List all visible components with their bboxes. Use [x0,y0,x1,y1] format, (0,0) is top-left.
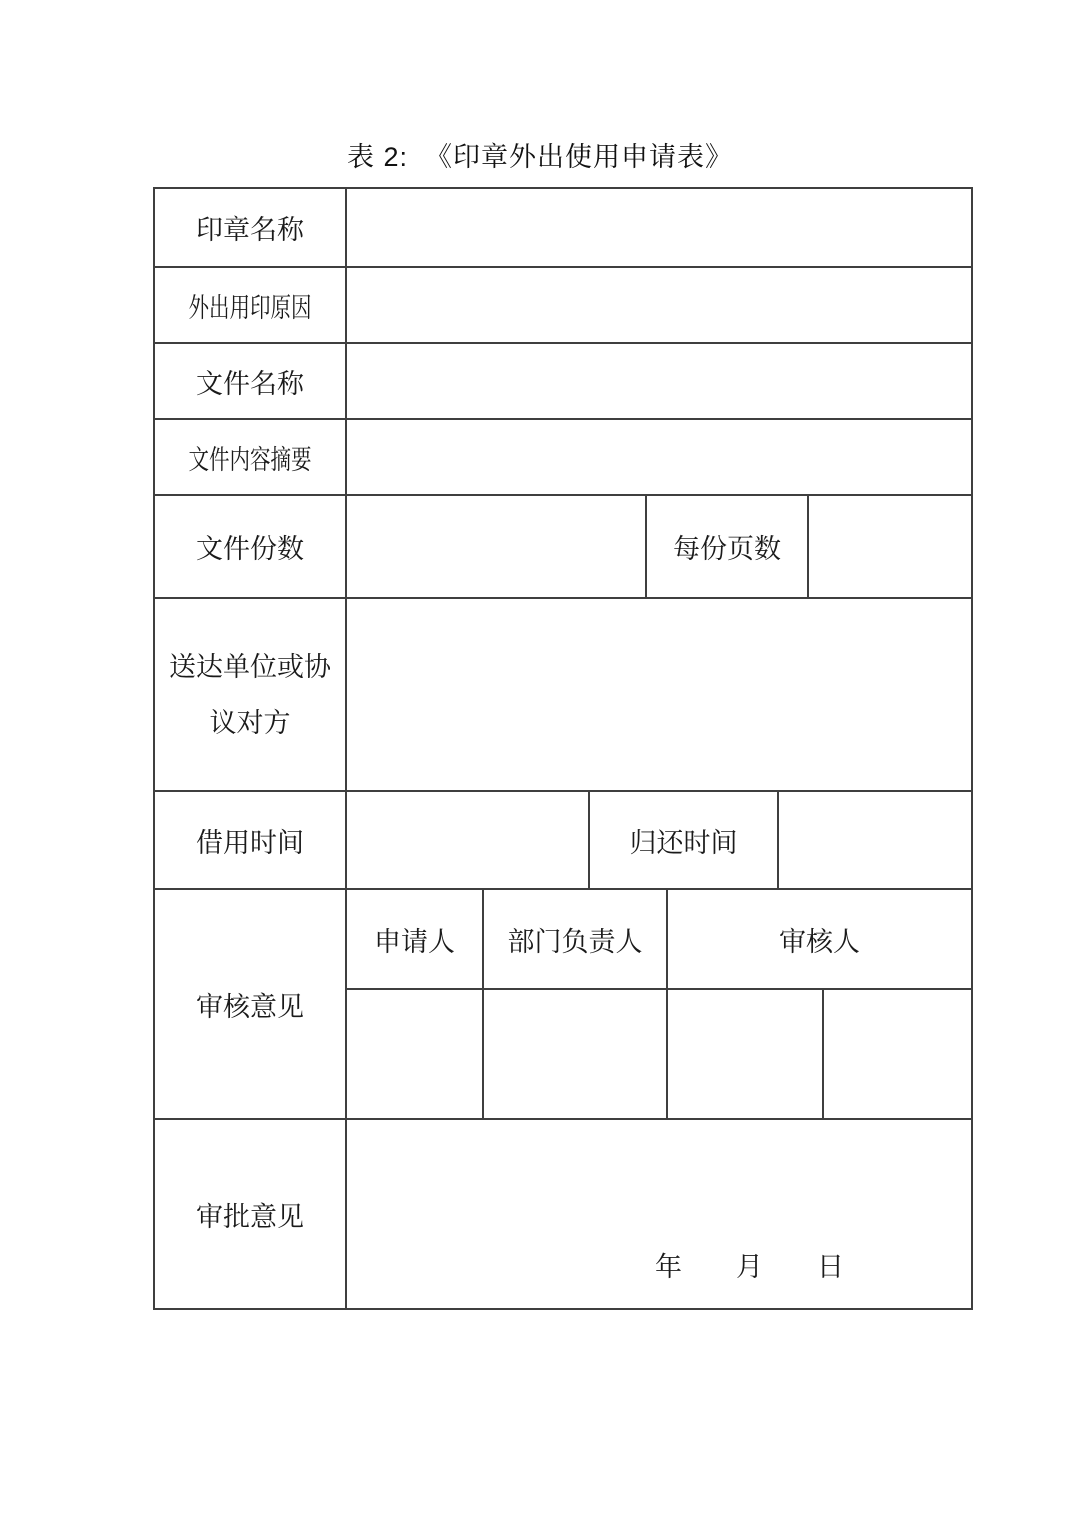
borrow-time-label: 借用时间 [196,828,304,858]
department-head-label: 部门负责人 [508,927,643,957]
document-summary-value-cell [346,419,972,495]
outgoing-reason-value-cell [346,267,972,343]
document-summary-label: 文件内容摘要 [188,438,311,477]
date-month-label: 月 [736,1245,763,1284]
recipient-label-line2: 议对方 [155,695,345,751]
department-head-signature-cell [483,989,667,1119]
approval-opinion-label: 审批意见 [196,1202,304,1232]
outgoing-reason-label: 外出用印原因 [188,286,311,325]
row-recipient: 送达单位或协 议对方 [154,598,972,791]
copies-value-cell [346,495,646,598]
approval-opinion-label-cell: 审批意见 [154,1119,346,1309]
recipient-label: 送达单位或协 议对方 [155,639,345,751]
page-title: 表 2: 《印章外出使用申请表》 [0,141,1080,173]
seal-name-label-cell: 印章名称 [154,188,346,267]
document-name-label: 文件名称 [196,369,304,399]
applicant-label: 申请人 [374,927,455,957]
return-time-label-cell: 归还时间 [589,791,778,889]
seal-application-form-table: 印章名称 外出用印原因 文件名称 文件内容摘要 文件份数 [153,187,973,1310]
document-page: 表 2: 《印章外出使用申请表》 印章名称 外出用印原因 [0,0,1080,1527]
applicant-signature-cell [346,989,483,1119]
copies-label: 文件份数 [196,534,304,564]
reviewer-header-cell: 审核人 [667,889,972,989]
reviewer-signature-cell-1 [667,989,823,1119]
date-day-label: 日 [817,1245,844,1284]
review-opinion-label-cell: 审核意见 [154,889,346,1119]
outgoing-reason-label-cell: 外出用印原因 [154,267,346,343]
copies-label-cell: 文件份数 [154,495,346,598]
seal-name-label: 印章名称 [196,215,304,245]
date-year-label: 年 [655,1245,682,1284]
recipient-label-cell: 送达单位或协 议对方 [154,598,346,791]
recipient-value-cell [346,598,972,791]
document-summary-label-cell: 文件内容摘要 [154,419,346,495]
pages-per-copy-value-cell [808,495,972,598]
approval-opinion-value-cell: 年 月 日 [346,1119,972,1309]
reviewer-label: 审核人 [779,927,860,957]
document-name-value-cell [346,343,972,419]
review-opinion-label: 审核意见 [196,992,304,1022]
pages-per-copy-label: 每份页数 [673,534,781,564]
row-review-headers: 审核意见 申请人 部门负责人 审核人 [154,889,972,989]
seal-name-value-cell [346,188,972,267]
row-seal-name: 印章名称 [154,188,972,267]
row-copies: 文件份数 每份页数 [154,495,972,598]
return-time-label: 归还时间 [630,828,738,858]
borrow-time-value-cell [346,791,589,889]
pages-per-copy-label-cell: 每份页数 [646,495,808,598]
row-document-summary: 文件内容摘要 [154,419,972,495]
recipient-label-line1: 送达单位或协 [155,639,345,695]
row-borrow-time: 借用时间 归还时间 [154,791,972,889]
approval-date-line: 年 月 日 [655,1245,844,1284]
return-time-value-cell [778,791,972,889]
row-outgoing-reason: 外出用印原因 [154,267,972,343]
document-name-label-cell: 文件名称 [154,343,346,419]
row-document-name: 文件名称 [154,343,972,419]
row-approval: 审批意见 年 月 日 [154,1119,972,1309]
borrow-time-label-cell: 借用时间 [154,791,346,889]
department-head-header-cell: 部门负责人 [483,889,667,989]
applicant-header-cell: 申请人 [346,889,483,989]
reviewer-signature-cell-2 [823,989,972,1119]
